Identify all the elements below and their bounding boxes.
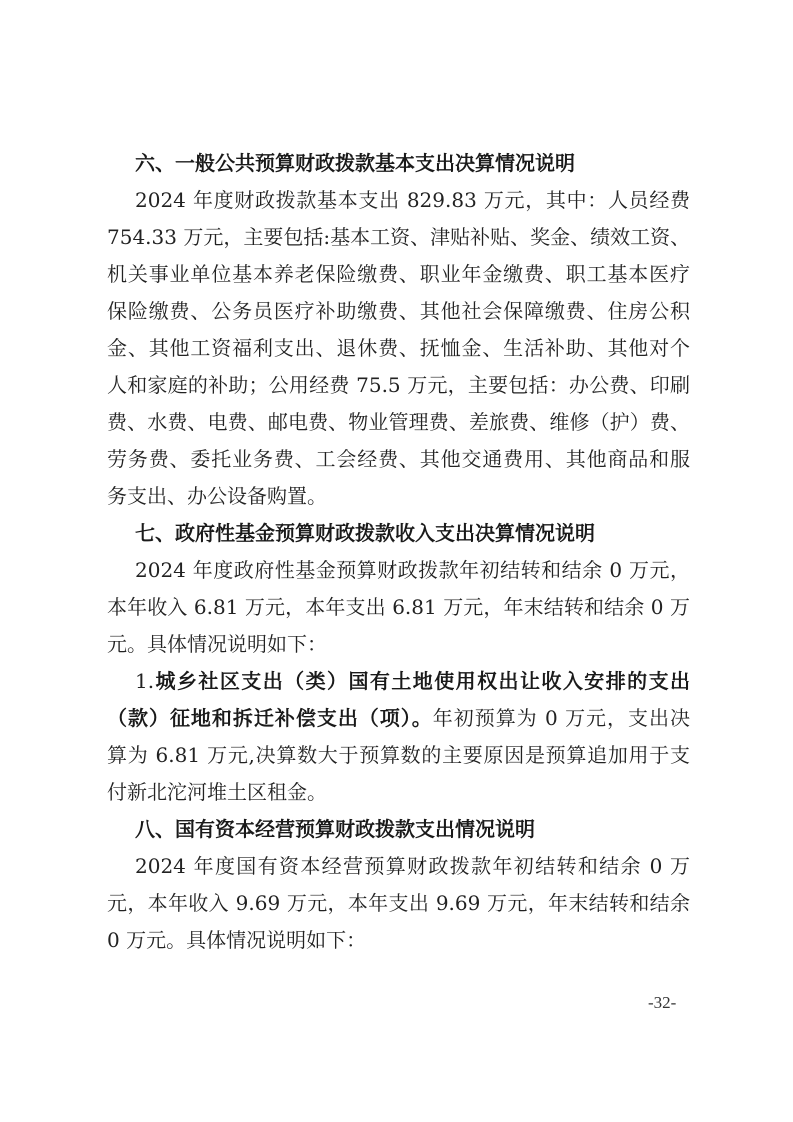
section-heading-seven: 七、政府性基金预算财政拨款收入支出决算情况说明 (135, 515, 690, 552)
paragraph-line: 2024 年度财政拨款基本支出 829.83 万元，其中：人员经费 (135, 182, 690, 219)
item-text: 年初预算为 0 万元，支出决 (433, 706, 690, 730)
paragraph-line: 务支出、办公设备购置。 (107, 478, 690, 515)
section-heading-six: 六、一般公共预算财政拨款基本支出决算情况说明 (135, 145, 690, 182)
paragraph-line: 2024 年度国有资本经营预算财政拨款年初结转和结余 0 万 (135, 848, 690, 885)
paragraph-line: 保险缴费、公务员医疗补助缴费、其他社会保障缴费、住房公积 (107, 293, 690, 330)
paragraph-line: 本年收入 6.81 万元，本年支出 6.81 万元，年末结转和结余 0 万 (107, 589, 690, 626)
paragraph-line: 元，本年收入 9.69 万元，本年支出 9.69 万元，年末结转和结余 (107, 885, 690, 922)
document-page: 六、一般公共预算财政拨款基本支出决算情况说明 2024 年度财政拨款基本支出 8… (0, 0, 793, 1122)
item-1-line-2: （款）征地和拆迁补偿支出（项）。年初预算为 0 万元，支出决 (107, 700, 690, 737)
paragraph-line: 人和家庭的补助；公用经费 75.5 万元，主要包括：办公费、印刷 (107, 367, 690, 404)
paragraph-line: 0 万元。具体情况说明如下： (107, 922, 690, 959)
paragraph-line: 754.33 万元，主要包括:基本工资、津贴补贴、奖金、绩效工资、 (107, 219, 690, 256)
paragraph-line: 2024 年度政府性基金预算财政拨款年初结转和结余 0 万元， (135, 552, 690, 589)
item-title-part2: （款）征地和拆迁补偿支出（项）。 (107, 706, 433, 730)
item-1-line-1: 1.城乡社区支出（类）国有土地使用权出让收入安排的支出 (135, 663, 690, 700)
paragraph-line: 费、水费、电费、邮电费、物业管理费、差旅费、维修（护）费、 (107, 404, 690, 441)
page-number: -32- (648, 990, 676, 1016)
paragraph-line: 劳务费、委托业务费、工会经费、其他交通费用、其他商品和服 (107, 441, 690, 478)
paragraph-line: 机关事业单位基本养老保险缴费、职业年金缴费、职工基本医疗 (107, 256, 690, 293)
section-heading-eight: 八、国有资本经营预算财政拨款支出情况说明 (135, 811, 690, 848)
paragraph-line: 元。具体情况说明如下： (107, 626, 690, 663)
paragraph-line: 付新北沱河堆土区租金。 (107, 774, 690, 811)
item-title-part1: 城乡社区支出（类）国有土地使用权出让收入安排的支出 (154, 669, 690, 693)
item-number: 1. (135, 669, 154, 693)
paragraph-line: 金、其他工资福利支出、退休费、抚恤金、生活补助、其他对个 (107, 330, 690, 367)
paragraph-line: 算为 6.81 万元,决算数大于预算数的主要原因是预算追加用于支 (107, 737, 690, 774)
